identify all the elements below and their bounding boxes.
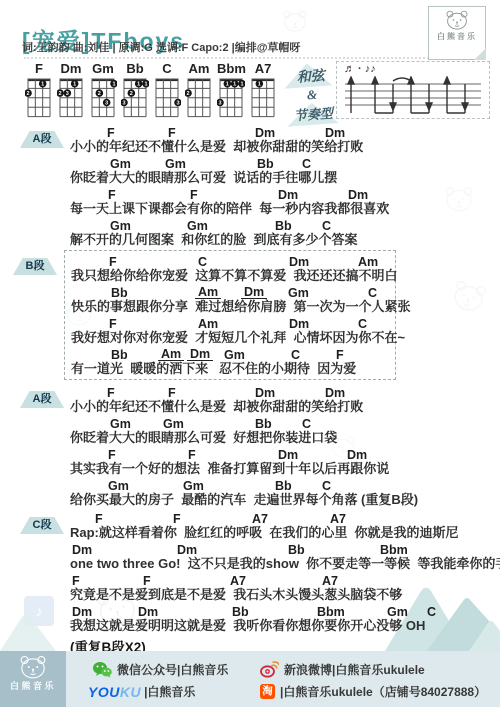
lyric-line: one two three Go! 这不只是我的show 你不要走等一等候 等我… (70, 555, 494, 572)
chord: Gm (163, 418, 184, 431)
svg-text:1: 1 (144, 82, 147, 88)
chord: C (198, 256, 207, 269)
lyric-pair: FFA7A7究竟是不是爱到底是不是爱 我石头木头馒头葱头脑袋不够 (70, 572, 494, 603)
svg-text:3: 3 (218, 101, 221, 107)
chord: Gm (183, 480, 204, 493)
lyric-pair: GmGmBbC解不开的几何图案 和你红的脸 到底有多少个答案 (70, 217, 494, 248)
chord-row: GmGmBbC (70, 155, 494, 169)
lyric-pair: FFDmDm其实我有一个好的想法 准备打算留到十年以后再跟你说 (70, 446, 494, 477)
svg-text:2: 2 (98, 91, 101, 97)
chord: Dm (289, 256, 309, 269)
lyric-line: 其实我有一个好的想法 准备打算留到十年以后再跟你说 (70, 460, 494, 477)
youku-label: |白熊音乐 (144, 683, 195, 700)
svg-text:1: 1 (258, 82, 261, 88)
wechat-label: 微信公众号|白熊音乐 (117, 661, 228, 678)
youku-logo: YOUKU (88, 684, 141, 700)
chord: A7 (252, 513, 268, 526)
chord: Gm (387, 606, 408, 619)
lyric-pair: DmDmBbBbmGmC我想这就是爱明明这就是爱 我听你看你想你要你开心没够 O… (70, 603, 494, 634)
chord: Am (158, 348, 184, 362)
lyric-line: 每一天上课下课都会有你的陪伴 每一秒内容我都很喜欢 (70, 200, 494, 217)
chord-name: Bbm (217, 61, 245, 76)
lyric-pair: BbAmDmGmC快乐的事想跟你分享 难过想给你肩膀 第一次为一个人紧张 (71, 284, 395, 315)
chord: Dm (255, 127, 275, 140)
chord: Gm (224, 349, 245, 362)
weibo-label: 新浪微博|白熊音乐ukulele (284, 661, 425, 678)
chord: C (291, 349, 300, 362)
weibo-account: 新浪微博|白熊音乐ukulele (260, 661, 425, 678)
chord: C (302, 158, 311, 171)
rhythm-notes: ♬ · ♪♪ (344, 63, 486, 76)
chord: Bbm (317, 606, 345, 619)
chord-diagram: Gm123 (89, 61, 117, 119)
lyric-pair: FFA7A7Rap:就这样看着你 脸红红的呼吸 在我们的心里 你就是我的迪斯尼 (70, 510, 494, 541)
lyric-line: 究竟是不是爱到底是不是爱 我石头木头馒头葱头脑袋不够 (70, 586, 494, 603)
lyric-pair: DmDmBbBbmone two three Go! 这不只是我的show 你不… (70, 541, 494, 572)
chord: C (427, 606, 436, 619)
svg-text:1: 1 (233, 82, 236, 88)
chord: F (190, 189, 198, 202)
footer-logo-text: 白熊音乐 (0, 679, 66, 692)
chord: A7 (330, 513, 346, 526)
lyric-pair: FFDmDm每一天上课下课都会有你的陪伴 每一秒内容我都很喜欢 (70, 186, 494, 217)
lyric-pair: BbAmDmGmCF有一道光 暖暖的洒下来 忍不住的小期待 因为爱 (71, 346, 395, 377)
weibo-icon (260, 661, 279, 678)
chord-name: Dm (57, 61, 85, 76)
bear-icon (19, 655, 47, 679)
lyric-line: 我好想对你对你宠爱 才短短几个礼拜 心情坏因为你不在~ (71, 329, 395, 346)
chord-name: F (25, 61, 53, 76)
svg-text:1: 1 (112, 82, 115, 88)
taobao-label: |白熊音乐ukulele（店铺号84027888） (280, 683, 486, 700)
chord-row: FFDmDm (70, 384, 494, 398)
chord: Dm (348, 189, 368, 202)
handwritten-label: 和弦 & 节奏型 (285, 64, 339, 124)
chord: F (109, 318, 117, 331)
fretboard-icon: 2 (185, 76, 213, 119)
chord: Am (198, 318, 218, 331)
chord: Bb (111, 349, 128, 362)
lyric-line: 解不开的几何图案 和你红的脸 到底有多少个答案 (70, 231, 494, 248)
fretboard-icon: 231 (57, 76, 85, 119)
chord-diagram: Bbm1113 (217, 61, 245, 119)
corner-logo-text: 白熊音乐 (429, 31, 485, 42)
chord-row: GmGmBbC (70, 477, 494, 491)
chord-diagram: Am2 (185, 61, 213, 119)
wechat-account: 微信公众号|白熊音乐 (92, 661, 228, 678)
chord: Dm (72, 544, 92, 557)
svg-text:1: 1 (240, 82, 243, 88)
svg-text:3: 3 (66, 91, 69, 97)
corner-logo: 白熊音乐 (428, 6, 486, 60)
chord: Gm (187, 220, 208, 233)
chord: A7 (230, 575, 246, 588)
chord: Bb (275, 480, 292, 493)
lyric-pair: FFDmDm小小的年纪还不懂什么是爱 却被你甜甜的笑给打败 (70, 124, 494, 155)
chord: F (336, 349, 344, 362)
chord: Gm (110, 418, 131, 431)
taobao-icon: 淘 (260, 684, 275, 699)
fretboard-icon: 3 (153, 76, 181, 119)
svg-text:3: 3 (176, 101, 179, 107)
chord-row: BbAmDmGmCF (71, 346, 395, 360)
lyric-line: 小小的年纪还不懂什么是爱 却被你甜甜的笑给打败 (70, 398, 494, 415)
chord-name: C (153, 61, 181, 76)
footer: 白熊音乐 微信公众号|白熊音乐 YOUKU |白熊音乐 新浪微博|白熊音乐uku… (0, 651, 500, 707)
section-badge: A段 (20, 391, 64, 408)
song-section: B段FCDmAm我只想给你给你宠爱 这算不算不算爱 我还还还搞不明白BbAmDm… (64, 250, 396, 380)
chord: F (188, 449, 196, 462)
youku-account: YOUKU |白熊音乐 (88, 683, 195, 700)
lyric-line: 我想这就是爱明明这就是爱 我听你看你想你要你开心没够 OH (70, 617, 494, 634)
chord: F (168, 127, 176, 140)
chord-diagram: A71 (249, 61, 277, 119)
chord-row: DmDmBbBbm (70, 541, 494, 555)
chord: F (107, 127, 115, 140)
chord: Dm (241, 286, 267, 300)
chord: Gm (108, 480, 129, 493)
chord: F (143, 575, 151, 588)
chord: Bb (111, 287, 128, 300)
handwriting-rhythm: 节奏型 (288, 102, 339, 124)
chord: Am (358, 256, 378, 269)
svg-text:1: 1 (137, 82, 140, 88)
rhythm-pattern-box: ♬ · ♪♪ (336, 61, 490, 119)
svg-text:3: 3 (105, 101, 108, 107)
lyric-pair: FCDmAm我只想给你给你宠爱 这算不算不算爱 我还还还搞不明白 (71, 253, 395, 284)
lyric-pair: GmGmBbC给你买最大的房子 最酷的汽车 走遍世界每个角落 (重复B段) (70, 477, 494, 508)
chord: F (168, 387, 176, 400)
chord: Dm (255, 387, 275, 400)
chord: Bb (288, 544, 305, 557)
chord: Gm (288, 287, 309, 300)
strum-pattern-icon (341, 76, 485, 116)
lyric-pair: FAmDmC我好想对你对你宠爱 才短短几个礼拜 心情坏因为你不在~ (71, 315, 395, 346)
lyric-pair: FFDmDm小小的年纪还不懂什么是爱 却被你甜甜的笑给打败 (70, 384, 494, 415)
chord-diagram: Dm231 (57, 61, 85, 119)
chord: F (108, 189, 116, 202)
chord: F (95, 513, 103, 526)
wechat-icon (92, 661, 112, 678)
fretboard-icon: 1 (249, 76, 277, 119)
fretboard-icon: 21 (25, 76, 53, 119)
lyric-line: 快乐的事想跟你分享 难过想给你肩膀 第一次为一个人紧张 (71, 298, 395, 315)
chord: Bb (257, 158, 274, 171)
song-section: A段FFDmDm小小的年纪还不懂什么是爱 却被你甜甜的笑给打败GmGmBbC你眨… (70, 124, 494, 248)
section-badge: A段 (20, 131, 64, 148)
svg-text:2: 2 (58, 91, 61, 97)
handwriting-chords: 和弦 (285, 64, 336, 87)
chord: A7 (322, 575, 338, 588)
chord-diagram: C3 (153, 61, 181, 119)
svg-text:2: 2 (130, 91, 133, 97)
fretboard-icon: 1123 (121, 76, 149, 119)
chord: C (322, 480, 331, 493)
chord-diagram: F21 (25, 61, 53, 119)
chord: Bb (275, 220, 292, 233)
chord: F (72, 575, 80, 588)
chord-row: FAmDmC (71, 315, 395, 329)
chord: Dm (177, 544, 197, 557)
chord-diagram: Bb1123 (121, 61, 149, 119)
chord-row: GmGmBbC (70, 217, 494, 231)
chord: C (322, 220, 331, 233)
lyric-line: 你眨着大大的眼睛那么可爱 好想把你装进口袋 (70, 429, 494, 446)
chord-row: FFDmDm (70, 446, 494, 460)
chord: Am (195, 286, 221, 300)
chord: C (368, 287, 377, 300)
chord-row: GmGmBbC (70, 415, 494, 429)
chord-name: A7 (249, 61, 277, 76)
svg-text:1: 1 (41, 82, 44, 88)
lyric-line: Rap:就这样看着你 脸红红的呼吸 在我们的心里 你就是我的迪斯尼 (70, 524, 494, 541)
svg-text:2: 2 (186, 91, 189, 97)
chord: F (108, 449, 116, 462)
chord: Dm (278, 189, 298, 202)
chord: Dm (325, 127, 345, 140)
chord: F (107, 387, 115, 400)
svg-text:1: 1 (226, 82, 229, 88)
chord: Bb (232, 606, 249, 619)
chord: Dm (278, 449, 298, 462)
song-sections: A段FFDmDm小小的年纪还不懂什么是爱 却被你甜甜的笑给打败GmGmBbC你眨… (70, 124, 494, 656)
chord: Dm (347, 449, 367, 462)
fretboard-icon: 1113 (217, 76, 245, 119)
chord: Bb (255, 418, 272, 431)
song-credits: 词:王韵韵 曲:刘佳 | 原调:G 选调:F Capo:2 |编排@草帽呀 (22, 39, 300, 55)
chord: Dm (289, 318, 309, 331)
svg-text:1: 1 (73, 82, 76, 88)
chord: C (302, 418, 311, 431)
taobao-account: 淘 |白熊音乐ukulele（店铺号84027888） (260, 683, 486, 700)
chord: Dm (325, 387, 345, 400)
bear-icon (445, 10, 469, 30)
bear-watermark (282, 10, 308, 32)
chord: C (358, 318, 367, 331)
chord-row: FFDmDm (70, 124, 494, 138)
chord-name: Am (185, 61, 213, 76)
lyric-line: 我只想给你给你宠爱 这算不算不算爱 我还还还搞不明白 (71, 267, 395, 284)
song-section: A段FFDmDm小小的年纪还不懂什么是爱 却被你甜甜的笑给打败GmGmBbC你眨… (70, 384, 494, 508)
chord: Gm (110, 220, 131, 233)
lyric-line: 你眨着大大的眼睛那么可爱 说话的手往哪儿摆 (70, 169, 494, 186)
chord: Gm (110, 158, 131, 171)
lyric-line: 给你买最大的房子 最酷的汽车 走遍世界每个角落 (重复B段) (70, 491, 494, 508)
footer-logo: 白熊音乐 (0, 651, 66, 707)
dotted-divider (24, 57, 444, 59)
fretboard-icon: 123 (89, 76, 117, 119)
lyric-pair: GmGmBbC你眨着大大的眼睛那么可爱 说话的手往哪儿摆 (70, 155, 494, 186)
chord: F (173, 513, 181, 526)
song-section: C段FFA7A7Rap:就这样看着你 脸红红的呼吸 在我们的心里 你就是我的迪斯… (70, 510, 494, 634)
lyric-line: 有一道光 暖暖的洒下来 忍不住的小期待 因为爱 (71, 360, 395, 377)
lyric-pair: GmGmBbC你眨着大大的眼睛那么可爱 好想把你装进口袋 (70, 415, 494, 446)
chord: F (109, 256, 117, 269)
chord-row: FFA7A7 (70, 510, 494, 524)
chord: Dm (138, 606, 158, 619)
chord-row: FFDmDm (70, 186, 494, 200)
chord-row: FCDmAm (71, 253, 395, 267)
chord: Dm (72, 606, 92, 619)
chord-name: Bb (121, 61, 149, 76)
chord: Dm (187, 348, 213, 362)
lyric-line: 小小的年纪还不懂什么是爱 却被你甜甜的笑给打败 (70, 138, 494, 155)
chord: Gm (165, 158, 186, 171)
hill-decoration (0, 609, 62, 651)
svg-text:3: 3 (122, 101, 125, 107)
chord-row: FFA7A7 (70, 572, 494, 586)
chord-row: BbAmDmGmC (71, 284, 395, 298)
chord: Bbm (380, 544, 408, 557)
svg-text:2: 2 (26, 91, 29, 97)
chord-diagrams: F21Dm231Gm123Bb1123C3Am2Bbm1113A71 (25, 61, 277, 119)
chord-name: Gm (89, 61, 117, 76)
chord-row: DmDmBbBbmGmC (70, 603, 494, 617)
section-badge: B段 (13, 258, 57, 275)
section-badge: C段 (20, 517, 64, 534)
